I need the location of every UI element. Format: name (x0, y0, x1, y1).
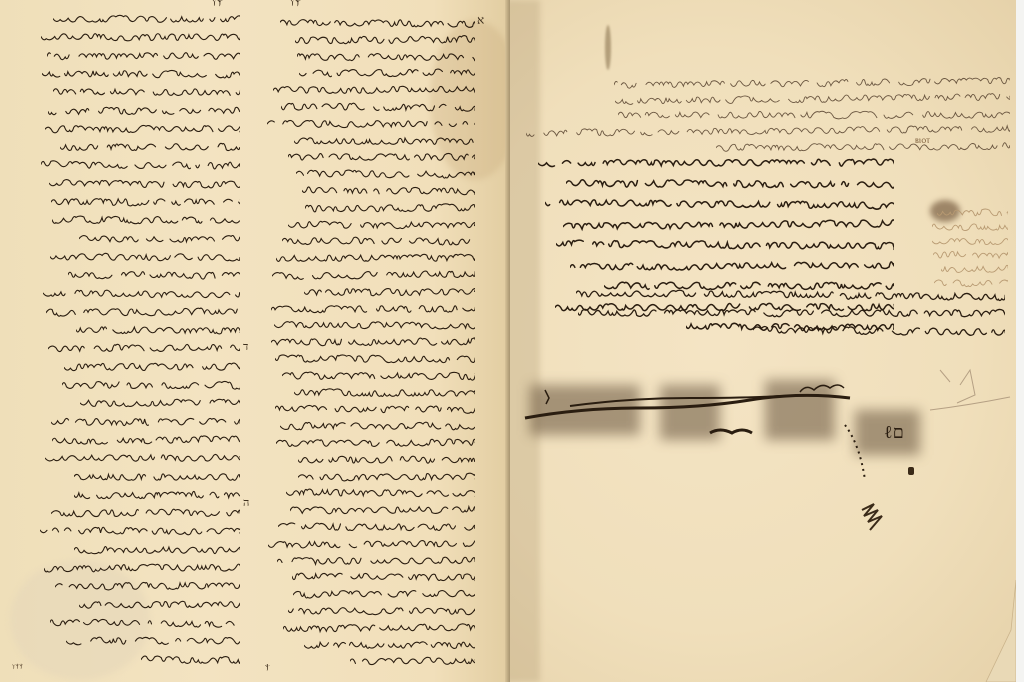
handwritten-line (74, 489, 240, 500)
handwritten-line (282, 236, 475, 247)
handwritten-line (76, 325, 240, 335)
page-header-left: ⲩⲯ (212, 0, 223, 7)
handwritten-line (932, 222, 1008, 233)
handwritten-line (48, 105, 240, 116)
handwritten-line (51, 508, 240, 519)
handwritten-line (275, 404, 475, 415)
handwritten-line (44, 563, 240, 574)
handwritten-line (618, 110, 1010, 120)
handwritten-line (41, 160, 240, 171)
folded-corner (956, 580, 1016, 682)
handwritten-line (45, 124, 240, 134)
handwritten-line (294, 136, 475, 146)
handwritten-line (753, 325, 1005, 338)
marginal-glyph: ℓם (884, 422, 904, 443)
handwritten-line (74, 544, 240, 554)
handwritten-line (79, 599, 240, 609)
handwritten-line (64, 361, 240, 372)
handwritten-line (290, 505, 475, 516)
handwritten-line (614, 76, 1010, 90)
handwritten-line (278, 522, 475, 533)
handwritten-line (141, 654, 240, 665)
handwritten-line (716, 141, 1010, 152)
handwritten-line (932, 236, 1008, 246)
handwritten-line (615, 92, 1010, 106)
handwritten-line (68, 270, 240, 281)
handwritten-line (941, 264, 1008, 274)
handwritten-line (276, 438, 475, 449)
left-page: ⲩⲯ ⲩⲯ א ד ה ⲩⲯⲯ ⲯ (0, 0, 510, 682)
handwritten-line (293, 588, 475, 600)
handwritten-line (538, 158, 894, 168)
handwritten-line (294, 34, 475, 45)
handwritten-line (74, 471, 240, 482)
handwritten-line (52, 434, 240, 446)
handwritten-line (51, 416, 240, 426)
handwritten-line (41, 32, 240, 43)
catchword-center: ⲯ (265, 662, 270, 672)
handwritten-line (280, 17, 475, 29)
handwritten-line (299, 68, 475, 79)
handwritten-line (277, 555, 475, 566)
handwritten-line (286, 488, 475, 500)
handwritten-line (570, 259, 894, 272)
handwritten-line (268, 538, 475, 550)
handwritten-line (576, 288, 1005, 302)
section-marker-2: ד (243, 340, 248, 353)
handwritten-line (40, 525, 240, 537)
handwritten-line (283, 622, 475, 634)
handwritten-line (51, 197, 240, 207)
handwritten-line (304, 639, 475, 650)
handwritten-line (79, 233, 240, 244)
section-marker-3: ה (243, 496, 249, 509)
handwritten-line (66, 636, 240, 646)
handwritten-line (50, 252, 240, 263)
handwritten-line (55, 580, 240, 592)
handwritten-line (304, 287, 475, 297)
struck-through-lines (520, 378, 860, 448)
handwritten-line (526, 124, 1010, 138)
handwritten-line (45, 453, 240, 463)
handwritten-line (556, 239, 894, 252)
handwritten-line (43, 288, 240, 300)
handwritten-line (562, 218, 894, 231)
handwritten-line (53, 14, 240, 25)
catchword-left: ⲩⲯⲯ (12, 662, 23, 671)
handwritten-line (578, 308, 1005, 318)
handwritten-line (294, 387, 475, 398)
handwritten-line (282, 370, 475, 381)
handwritten-line (288, 605, 475, 616)
handwritten-line (47, 50, 240, 60)
handwritten-line (292, 572, 475, 583)
marginal-heading: ⲃⲓⲟⲧ (915, 135, 930, 146)
handwritten-line (296, 169, 475, 180)
handwritten-line (276, 253, 475, 264)
handwritten-line (350, 656, 475, 666)
handwritten-line (52, 86, 240, 97)
handwritten-line (62, 380, 240, 391)
right-page: ℓם ⲃⲓⲟⲧ (510, 0, 1016, 682)
handwritten-line (297, 51, 475, 62)
handwritten-line (281, 101, 475, 112)
handwritten-line (46, 306, 240, 317)
pencil-marks (910, 365, 1016, 425)
handwritten-line (49, 178, 240, 190)
handwritten-line (288, 152, 475, 162)
handwritten-line (52, 215, 240, 225)
handwritten-line (566, 178, 894, 190)
handwritten-line (288, 220, 475, 230)
handwritten-line (298, 471, 475, 481)
handwritten-line (271, 303, 475, 315)
handwritten-line (302, 185, 475, 196)
handwritten-line (274, 320, 475, 331)
handwritten-line (267, 119, 475, 129)
handwritten-line (280, 421, 475, 431)
handwritten-line (50, 617, 240, 628)
handwritten-line (60, 142, 240, 152)
handwritten-line (934, 278, 1008, 288)
ink-dot (908, 467, 914, 475)
page-header-right: ⲩⲯ (290, 0, 301, 7)
handwritten-line (298, 455, 475, 465)
handwritten-line (933, 250, 1008, 260)
handwritten-line (271, 337, 475, 348)
handwritten-line (273, 85, 475, 96)
handwritten-line (48, 343, 240, 354)
manuscript-spread: ⲩⲯ ⲩⲯ א ד ה ⲩⲯⲯ ⲯ (0, 0, 1018, 682)
section-marker: א (477, 13, 484, 28)
handwritten-line (305, 202, 475, 213)
handwritten-line (80, 398, 240, 408)
handwritten-line (545, 197, 894, 210)
handwritten-line (42, 68, 240, 79)
handwritten-line (272, 269, 475, 281)
handwritten-line (937, 208, 1008, 218)
handwritten-line (275, 353, 475, 364)
